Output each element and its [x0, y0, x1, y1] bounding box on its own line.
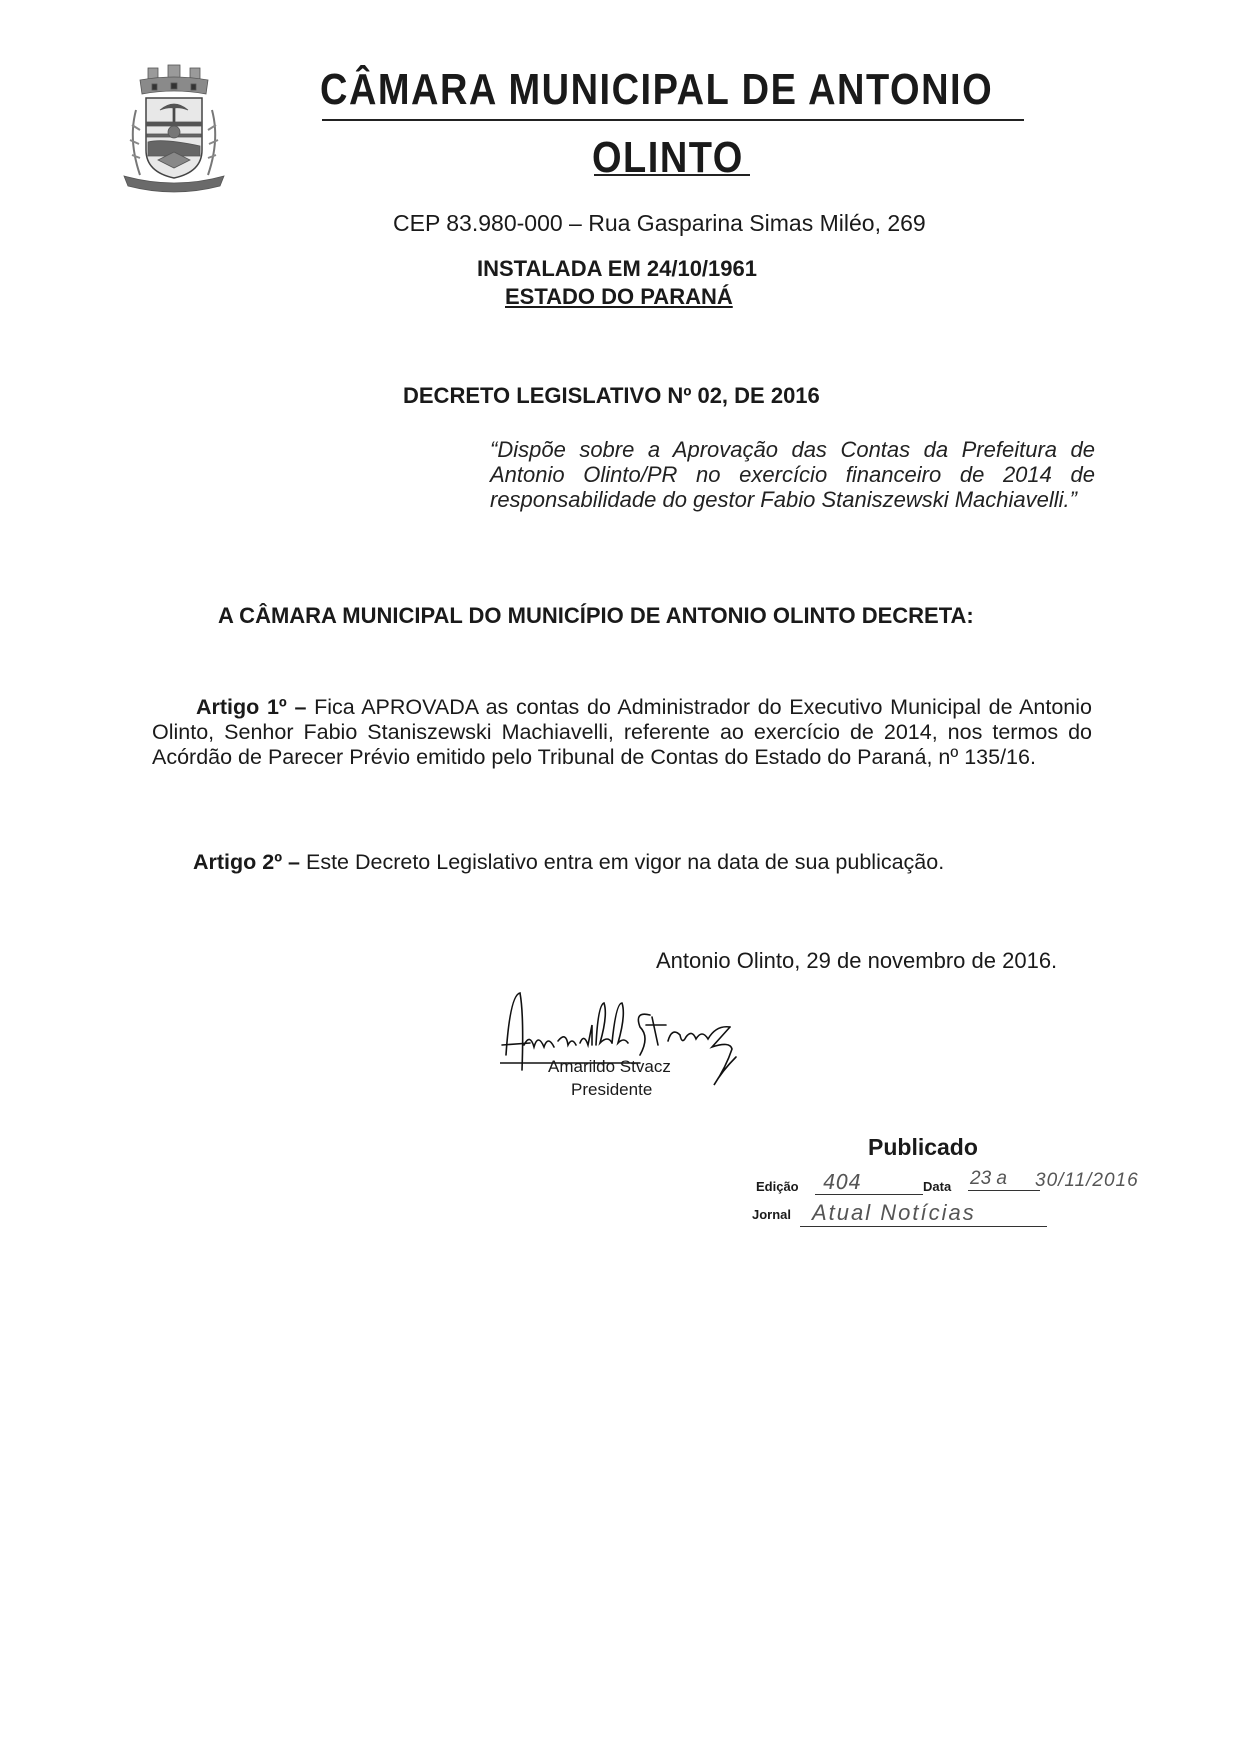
chamber-title-line2: OLINTO [592, 134, 752, 183]
place-and-date: Antonio Olinto, 29 de novembro de 2016. [656, 948, 1057, 974]
title-underline [594, 174, 750, 176]
newspaper-label: Jornal [752, 1207, 791, 1222]
article-2-label: Artigo 2º – [193, 850, 300, 874]
publication-stamp-title: Publicado [868, 1134, 978, 1161]
date-label: Data [923, 1179, 951, 1194]
article-1: Artigo 1º – Fica APROVADA as contas do A… [152, 695, 1092, 770]
decree-preamble: A CÂMARA MUNICIPAL DO MUNICÍPIO DE ANTON… [218, 603, 974, 629]
signatory-role: Presidente [571, 1080, 652, 1100]
address-line: CEP 83.980-000 – Rua Gasparina Simas Mil… [393, 210, 926, 237]
signatory-name: Amarildo Stvacz [548, 1057, 671, 1077]
edition-label: Edição [756, 1179, 799, 1194]
decree-title: DECRETO LEGISLATIVO Nº 02, DE 2016 [403, 383, 820, 409]
article-2: Artigo 2º – Este Decreto Legislativo ent… [193, 850, 944, 875]
handwritten-signature-icon [500, 985, 830, 1095]
decree-summary: “Dispõe sobre a Aprovação das Contas da … [490, 437, 1095, 512]
state-name: ESTADO DO PARANÁ [505, 284, 733, 310]
coat-of-arms-icon [118, 60, 230, 198]
newspaper-value: Atual Notícias [800, 1200, 1047, 1227]
installation-date: INSTALADA EM 24/10/1961 [477, 256, 757, 282]
article-2-text: Este Decreto Legislativo entra em vigor … [300, 850, 944, 874]
date-value-extra: 30/11/2016 [1035, 1170, 1139, 1192]
date-value: 23 a [968, 1168, 1040, 1191]
title-underline [322, 119, 1024, 121]
chamber-title-line1: CÂMARA MUNICIPAL DE ANTONIO [320, 66, 1025, 115]
edition-value: 404 [815, 1170, 923, 1195]
article-1-label: Artigo 1º – [196, 695, 306, 719]
